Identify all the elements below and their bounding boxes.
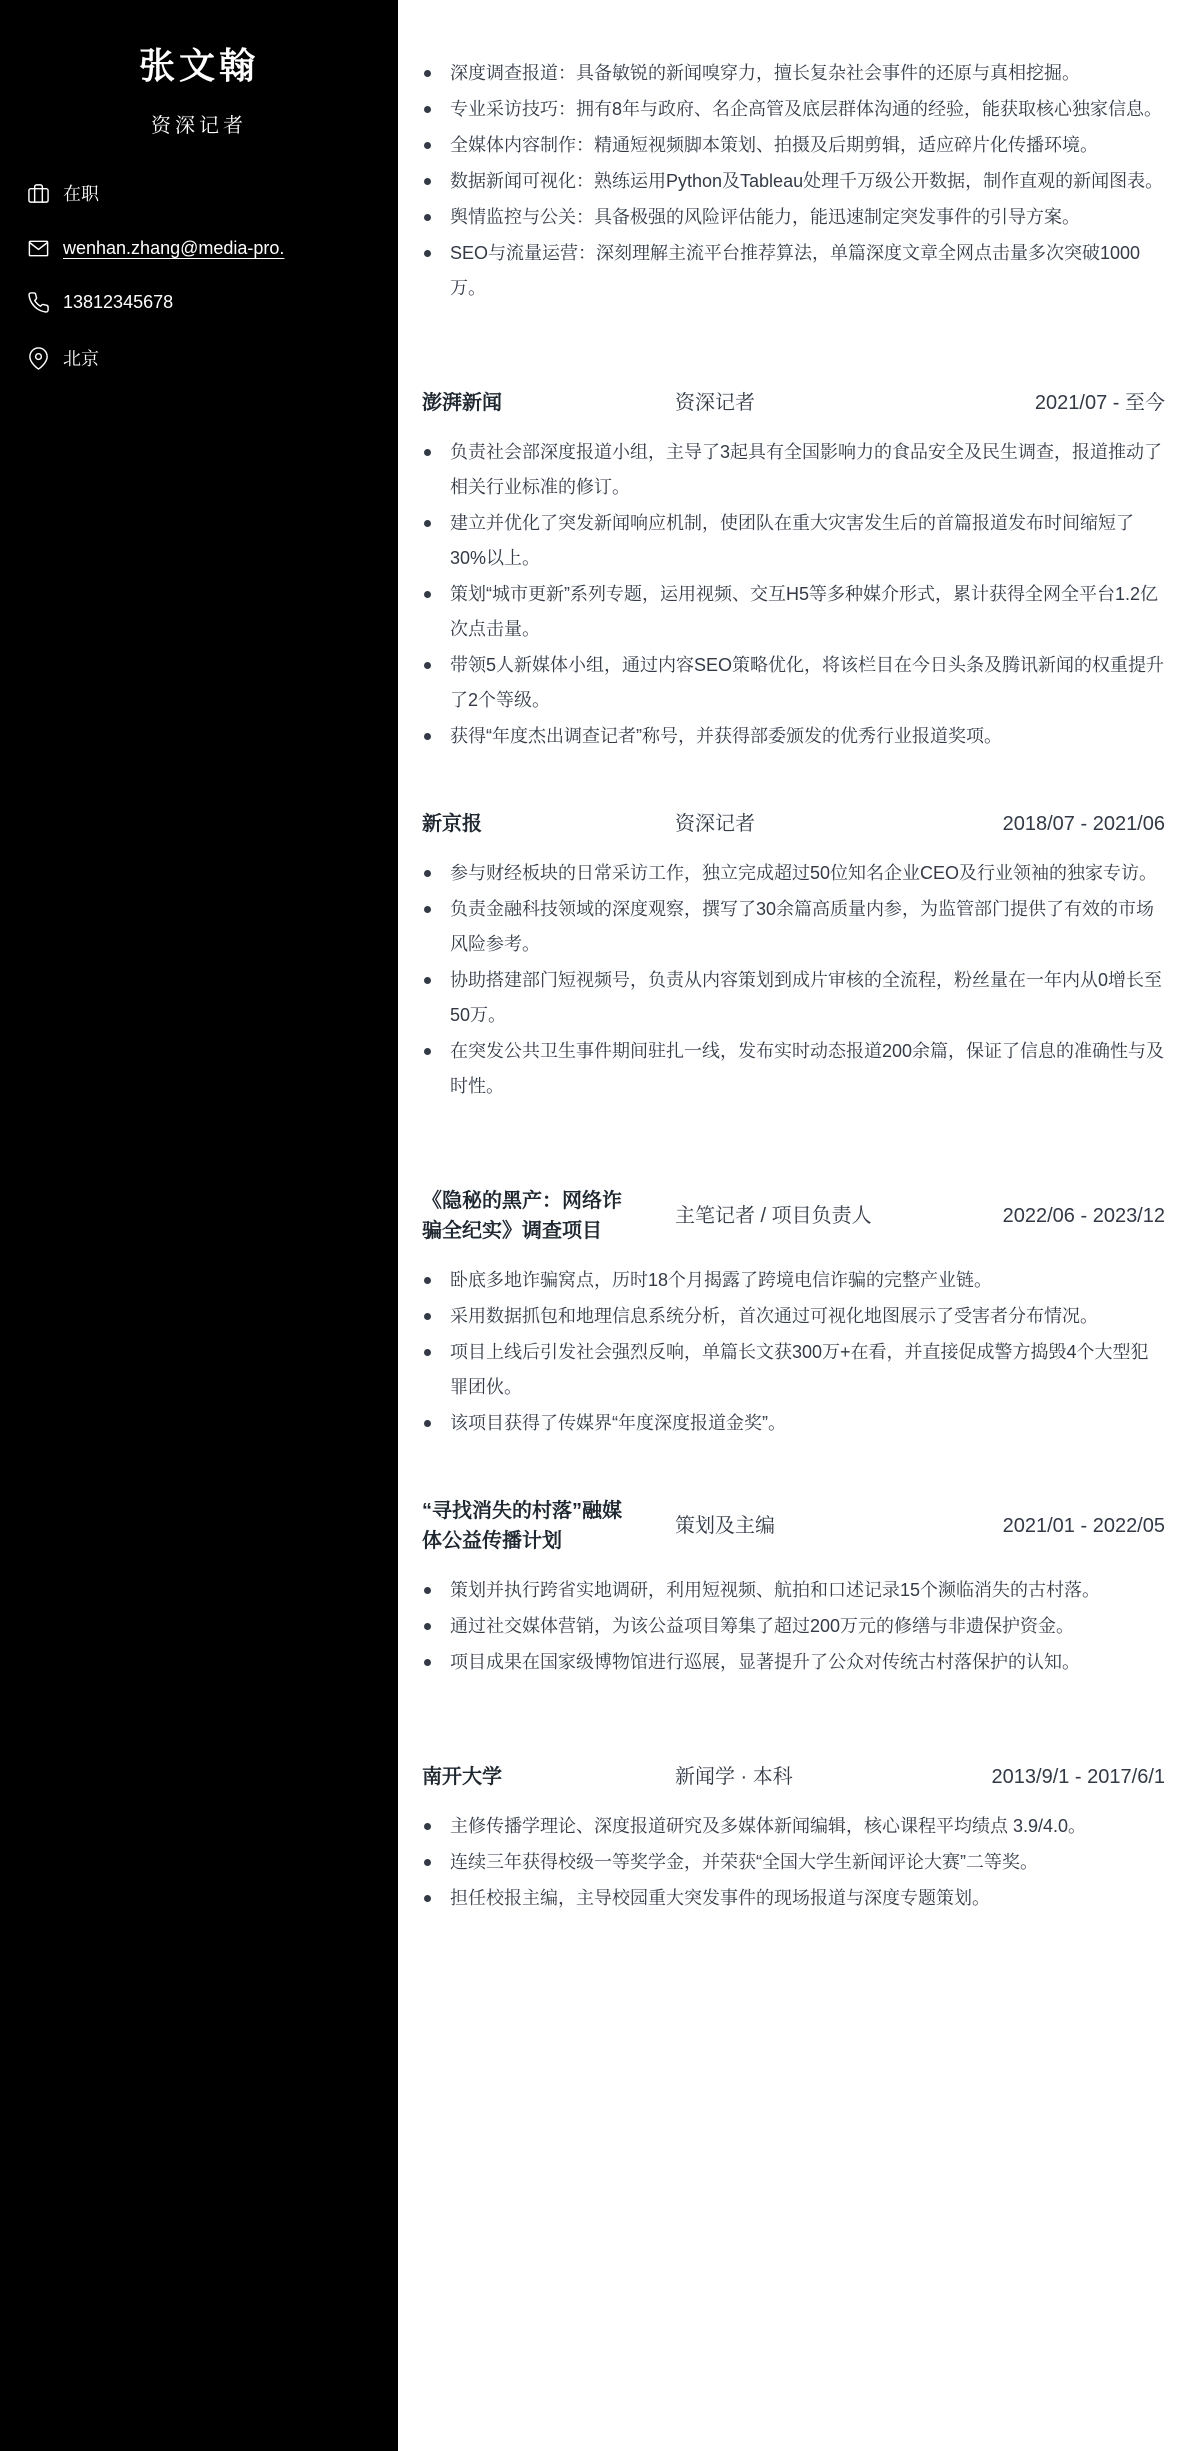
entry-bullet: 策划“城市更新”系列专题，运用视频、交互H5等多种媒介形式，累计获得全网全平台1…	[422, 577, 1165, 647]
phone-number: 13812345678	[63, 292, 173, 313]
contact-list: 在职 wenhan.zhang@media-pro. 13812345678 北…	[0, 180, 398, 371]
entry-bullet: 负责金融科技领域的深度观察，撰写了30余篇高质量内参，为监管部门提供了有效的市场…	[422, 892, 1165, 962]
summary-item: SEO与流量运营：深刻理解主流平台推荐算法，单篇深度文章全网点击量多次突破100…	[422, 236, 1165, 306]
mail-icon	[27, 237, 50, 260]
entry-bullet: 项目上线后引发社会强烈反响，单篇长文获300万+在看，并直接促成警方捣毁4个大型…	[422, 1335, 1165, 1405]
entry-bullet: 策划并执行跨省实地调研，利用短视频、航拍和口述记录15个濒临消失的古村落。	[422, 1573, 1165, 1608]
entry-dates: 2021/01 - 2022/05	[1003, 1511, 1165, 1541]
entry-bullet-list: 参与财经板块的日常采访工作，独立完成超过50位知名企业CEO及行业领袖的独家专访…	[422, 856, 1165, 1104]
entry-bullet: 担任校报主编，主导校园重大突发事件的现场报道与深度专题策划。	[422, 1881, 1165, 1916]
entry-header: 澎湃新闻 资深记者 2021/07 - 至今	[422, 388, 1165, 418]
phone-icon	[27, 291, 50, 314]
contact-location: 北京	[27, 345, 388, 371]
entry-bullet-list: 策划并执行跨省实地调研，利用短视频、航拍和口述记录15个濒临消失的古村落。 通过…	[422, 1573, 1165, 1680]
project-entry: “寻找消失的村落”融媒体公益传播计划 策划及主编 2021/01 - 2022/…	[422, 1496, 1165, 1680]
entry-role: 策划及主编	[675, 1511, 1003, 1541]
summary-item: 深度调查报道：具备敏锐的新闻嗅穿力，擅长复杂社会事件的还原与真相挖掘。	[422, 56, 1165, 91]
entry-bullet: 项目成果在国家级博物馆进行巡展，显著提升了公众对传统古村落保护的认知。	[422, 1645, 1165, 1680]
entry-header: 南开大学 新闻学 · 本科 2013/9/1 - 2017/6/1	[422, 1762, 1165, 1792]
entry-bullet: 主修传播学理论、深度报道研究及多媒体新闻编辑，核心课程平均绩点 3.9/4.0。	[422, 1809, 1165, 1844]
entry-org: 澎湃新闻	[422, 388, 675, 418]
entry-role: 资深记者	[675, 388, 1035, 418]
summary-list: 深度调查报道：具备敏锐的新闻嗅穿力，擅长复杂社会事件的还原与真相挖掘。 专业采访…	[422, 56, 1165, 306]
contact-phone: 13812345678	[27, 291, 388, 314]
summary-item: 数据新闻可视化：熟练运用Python及Tableau处理千万级公开数据，制作直观…	[422, 164, 1165, 199]
entry-bullet: 获得“年度杰出调查记者”称号，并获得部委颁发的优秀行业报道奖项。	[422, 719, 1165, 754]
entry-dates: 2021/07 - 至今	[1035, 388, 1165, 418]
experience-entry: 澎湃新闻 资深记者 2021/07 - 至今 负责社会部深度报道小组，主导了3起…	[422, 388, 1165, 754]
entry-header: 新京报 资深记者 2018/07 - 2021/06	[422, 809, 1165, 839]
entry-bullet-list: 卧底多地诈骗窝点，历时18个月揭露了跨境电信诈骗的完整产业链。 采用数据抓包和地…	[422, 1263, 1165, 1441]
email-link[interactable]: wenhan.zhang@media-pro.	[63, 238, 284, 259]
entry-bullet-list: 主修传播学理论、深度报道研究及多媒体新闻编辑，核心课程平均绩点 3.9/4.0。…	[422, 1809, 1165, 1916]
entry-bullet: 通过社交媒体营销，为该公益项目筹集了超过200万元的修缮与非遗保护资金。	[422, 1609, 1165, 1644]
entry-header: 《隐秘的黑产：网络诈骗全纪实》调查项目 主笔记者 / 项目负责人 2022/06…	[422, 1186, 1165, 1246]
contact-email: wenhan.zhang@media-pro.	[27, 237, 388, 260]
project-entry: 《隐秘的黑产：网络诈骗全纪实》调查项目 主笔记者 / 项目负责人 2022/06…	[422, 1186, 1165, 1441]
entry-header: “寻找消失的村落”融媒体公益传播计划 策划及主编 2021/01 - 2022/…	[422, 1496, 1165, 1556]
entry-bullet: 在突发公共卫生事件期间驻扎一线，发布实时动态报道200余篇，保证了信息的准确性与…	[422, 1034, 1165, 1104]
entry-bullet: 连续三年获得校级一等奖学金，并荣获“全国大学生新闻评论大赛”二等奖。	[422, 1845, 1165, 1880]
entry-bullet: 建立并优化了突发新闻响应机制，使团队在重大灾害发生后的首篇报道发布时间缩短了30…	[422, 506, 1165, 576]
entry-dates: 2013/9/1 - 2017/6/1	[992, 1762, 1165, 1792]
entry-bullet-list: 负责社会部深度报道小组，主导了3起具有全国影响力的食品安全及民生调查，报道推动了…	[422, 435, 1165, 754]
entry-bullet: 该项目获得了传媒界“年度深度报道金奖”。	[422, 1406, 1165, 1441]
candidate-title: 资深记者	[0, 109, 398, 138]
entry-role: 主笔记者 / 项目负责人	[675, 1201, 1003, 1231]
briefcase-icon	[27, 182, 50, 205]
summary-item: 全媒体内容制作：精通短视频脚本策划、拍摄及后期剪辑，适应碎片化传播环境。	[422, 128, 1165, 163]
resume-main: 深度调查报道：具备敏锐的新闻嗅穿力，擅长复杂社会事件的还原与真相挖掘。 专业采访…	[398, 0, 1191, 2451]
entry-role: 新闻学 · 本科	[675, 1762, 992, 1792]
entry-org: 新京报	[422, 809, 675, 839]
entry-org: 《隐秘的黑产：网络诈骗全纪实》调查项目	[422, 1186, 675, 1246]
location-text: 北京	[63, 345, 99, 371]
resume-sidebar: 张文翰 资深记者 在职 wenhan.zhang@media-pro. 1381…	[0, 0, 398, 2451]
summary-item: 专业采访技巧：拥有8年与政府、名企高管及底层群体沟通的经验，能获取核心独家信息。	[422, 92, 1165, 127]
education-entry: 南开大学 新闻学 · 本科 2013/9/1 - 2017/6/1 主修传播学理…	[422, 1762, 1165, 1916]
entry-bullet: 参与财经板块的日常采访工作，独立完成超过50位知名企业CEO及行业领袖的独家专访…	[422, 856, 1165, 891]
experience-entry: 新京报 资深记者 2018/07 - 2021/06 参与财经板块的日常采访工作…	[422, 809, 1165, 1104]
entry-org: “寻找消失的村落”融媒体公益传播计划	[422, 1496, 675, 1556]
candidate-name: 张文翰	[0, 38, 398, 89]
summary-item: 舆情监控与公关：具备极强的风险评估能力，能迅速制定突发事件的引导方案。	[422, 200, 1165, 235]
entry-bullet: 采用数据抓包和地理信息系统分析，首次通过可视化地图展示了受害者分布情况。	[422, 1299, 1165, 1334]
entry-dates: 2022/06 - 2023/12	[1003, 1201, 1165, 1231]
entry-bullet: 卧底多地诈骗窝点，历时18个月揭露了跨境电信诈骗的完整产业链。	[422, 1263, 1165, 1298]
entry-bullet: 协助搭建部门短视频号，负责从内容策划到成片审核的全流程，粉丝量在一年内从0增长至…	[422, 963, 1165, 1033]
location-icon	[27, 347, 50, 370]
entry-bullet: 带领5人新媒体小组，通过内容SEO策略优化，将该栏目在今日头条及腾讯新闻的权重提…	[422, 648, 1165, 718]
entry-bullet: 负责社会部深度报道小组，主导了3起具有全国影响力的食品安全及民生调查，报道推动了…	[422, 435, 1165, 505]
employment-status: 在职	[63, 180, 99, 206]
contact-status: 在职	[27, 180, 388, 206]
entry-org: 南开大学	[422, 1762, 675, 1792]
entry-role: 资深记者	[675, 809, 1003, 839]
entry-dates: 2018/07 - 2021/06	[1003, 809, 1165, 839]
